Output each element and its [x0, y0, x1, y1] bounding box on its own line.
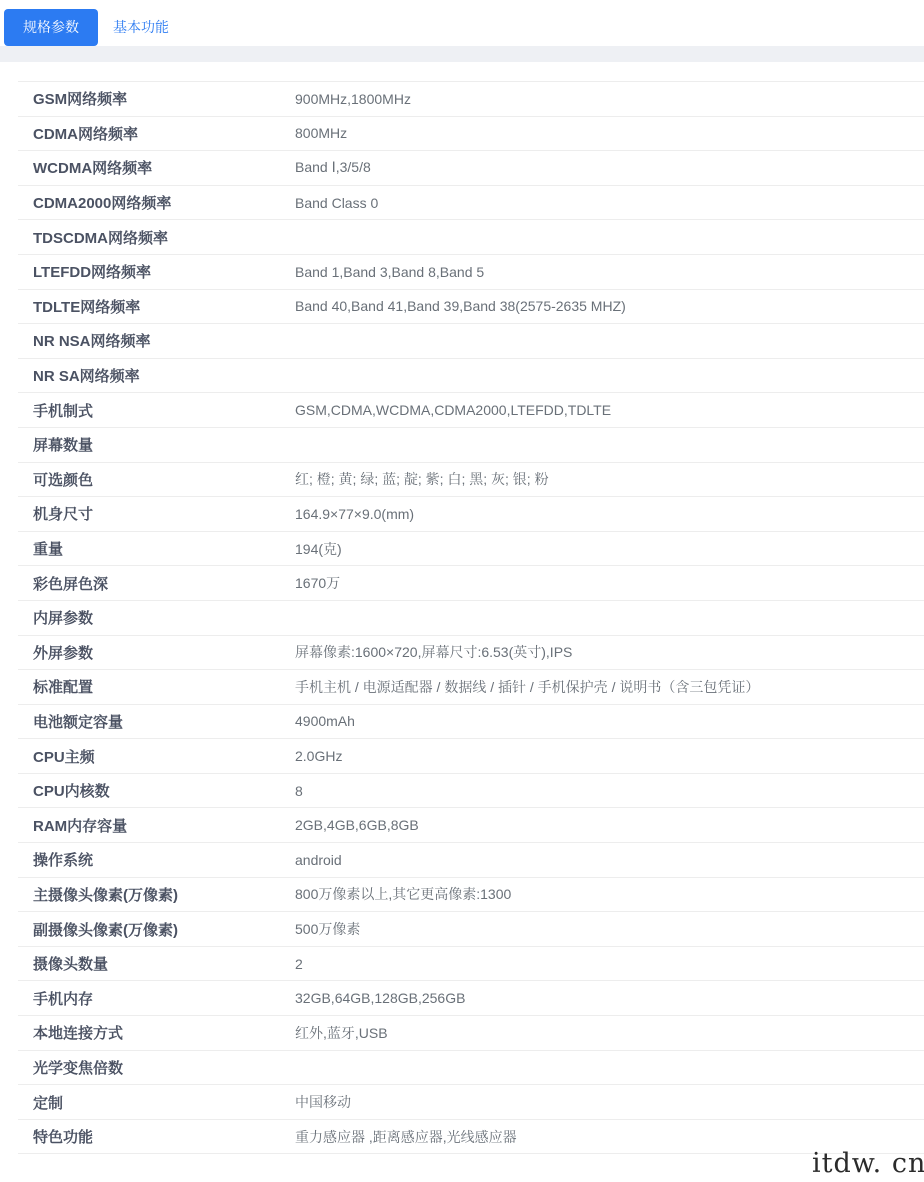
spec-label: TDSCDMA网络频率 [33, 227, 295, 248]
spec-row: GSM网络频率900MHz,1800MHz [18, 82, 924, 117]
spec-value: Band 1,Band 3,Band 8,Band 5 [295, 264, 924, 280]
spec-row: CDMA2000网络频率Band Class 0 [18, 186, 924, 221]
spec-row: CDMA网络频率800MHz [18, 117, 924, 152]
spec-label: 彩色屏色深 [33, 573, 295, 594]
spec-value: 194(克) [295, 539, 924, 559]
spec-row: NR NSA网络频率 [18, 324, 924, 359]
spec-value: 800万像素以上,其它更高像素:1300 [295, 884, 924, 904]
spec-label: 副摄像头像素(万像素) [33, 919, 295, 940]
spec-value: GSM,CDMA,WCDMA,CDMA2000,LTEFDD,TDLTE [295, 402, 924, 418]
tab-spec-params[interactable]: 规格参数 [4, 9, 98, 46]
spec-row: TDSCDMA网络频率 [18, 220, 924, 255]
spec-row: 可选颜色红; 橙; 黄; 绿; 蓝; 靛; 紫; 白; 黑; 灰; 银; 粉 [18, 463, 924, 498]
spec-label: 手机制式 [33, 400, 295, 421]
spec-label: TDLTE网络频率 [33, 296, 295, 317]
spec-label: 重量 [33, 538, 295, 559]
spec-row: 本地连接方式红外,蓝牙,USB [18, 1016, 924, 1051]
spec-row: 机身尺寸164.9×77×9.0(mm) [18, 497, 924, 532]
spec-label: 标准配置 [33, 676, 295, 697]
spec-label: 外屏参数 [33, 642, 295, 663]
spec-label: 机身尺寸 [33, 503, 295, 524]
spec-label: WCDMA网络频率 [33, 157, 295, 178]
tab-basic-functions[interactable]: 基本功能 [98, 9, 184, 46]
spec-row: 外屏参数屏幕像素:1600×720,屏幕尺寸:6.53(英寸),IPS [18, 636, 924, 671]
spec-label: 特色功能 [33, 1126, 295, 1147]
spec-row: 操作系统android [18, 843, 924, 878]
spec-label: NR NSA网络频率 [33, 330, 295, 351]
spec-row: 重量194(克) [18, 532, 924, 567]
spec-value: 2GB,4GB,6GB,8GB [295, 817, 924, 833]
spec-row: 摄像头数量2 [18, 947, 924, 982]
spec-value: 2 [295, 956, 924, 972]
spec-value: 2.0GHz [295, 748, 924, 764]
spec-value: 8 [295, 783, 924, 799]
spec-value: 手机主机 / 电源适配器 / 数据线 / 插针 / 手机保护壳 / 说明书（含三… [295, 677, 924, 697]
header-divider-band [0, 46, 924, 62]
spec-row: TDLTE网络频率Band 40,Band 41,Band 39,Band 38… [18, 290, 924, 325]
spec-value: 中国移动 [295, 1092, 924, 1112]
spec-label: 屏幕数量 [33, 434, 295, 455]
spec-value: 红; 橙; 黄; 绿; 蓝; 靛; 紫; 白; 黑; 灰; 银; 粉 [295, 469, 924, 489]
spec-value: 32GB,64GB,128GB,256GB [295, 990, 924, 1006]
tab-bar: 规格参数 基本功能 [0, 0, 924, 46]
spec-label: GSM网络频率 [33, 88, 295, 109]
spec-label: 电池额定容量 [33, 711, 295, 732]
spec-row: 标准配置手机主机 / 电源适配器 / 数据线 / 插针 / 手机保护壳 / 说明… [18, 670, 924, 705]
spec-row: 手机内存32GB,64GB,128GB,256GB [18, 981, 924, 1016]
spec-row: 特色功能重力感应器 ,距离感应器,光线感应器 [18, 1120, 924, 1155]
spec-row: CPU主频2.0GHz [18, 739, 924, 774]
spec-value: 900MHz,1800MHz [295, 91, 924, 107]
spec-label: RAM内存容量 [33, 815, 295, 836]
spec-row: 定制中国移动 [18, 1085, 924, 1120]
spec-label: 摄像头数量 [33, 953, 295, 974]
spec-label: 手机内存 [33, 988, 295, 1009]
spec-value: 屏幕像素:1600×720,屏幕尺寸:6.53(英寸),IPS [295, 642, 924, 662]
spec-label: CDMA网络频率 [33, 123, 295, 144]
spec-row: NR SA网络频率 [18, 359, 924, 394]
spec-row: RAM内存容量2GB,4GB,6GB,8GB [18, 808, 924, 843]
spec-label: NR SA网络频率 [33, 365, 295, 386]
spec-list: GSM网络频率900MHz,1800MHzCDMA网络频率800MHzWCDMA… [18, 81, 924, 1154]
spec-value: android [295, 852, 924, 868]
spec-row: LTEFDD网络频率Band 1,Band 3,Band 8,Band 5 [18, 255, 924, 290]
spec-value: 红外,蓝牙,USB [295, 1023, 924, 1043]
spec-value: 800MHz [295, 125, 924, 141]
spec-label: CPU内核数 [33, 780, 295, 801]
spec-label: 光学变焦倍数 [33, 1057, 295, 1078]
spec-row: 手机制式GSM,CDMA,WCDMA,CDMA2000,LTEFDD,TDLTE [18, 393, 924, 428]
spec-row: 主摄像头像素(万像素)800万像素以上,其它更高像素:1300 [18, 878, 924, 913]
spec-value: 164.9×77×9.0(mm) [295, 506, 924, 522]
spec-value: Band Class 0 [295, 195, 924, 211]
spec-value: 4900mAh [295, 713, 924, 729]
spec-label: 主摄像头像素(万像素) [33, 884, 295, 905]
spec-row: 屏幕数量 [18, 428, 924, 463]
spec-row: 电池额定容量4900mAh [18, 705, 924, 740]
spec-value: Band Ⅰ,3/5/8 [295, 159, 924, 176]
spec-row: WCDMA网络频率Band Ⅰ,3/5/8 [18, 151, 924, 186]
spec-label: 操作系统 [33, 849, 295, 870]
spec-value: 1670万 [295, 573, 924, 593]
spec-value: Band 40,Band 41,Band 39,Band 38(2575-263… [295, 298, 924, 314]
spec-row: CPU内核数8 [18, 774, 924, 809]
spec-label: CDMA2000网络频率 [33, 192, 295, 213]
spec-label: 可选颜色 [33, 469, 295, 490]
spec-label: CPU主频 [33, 746, 295, 767]
watermark: itdw. cn [812, 1148, 924, 1179]
spec-value: 重力感应器 ,距离感应器,光线感应器 [295, 1127, 924, 1147]
spec-label: 定制 [33, 1092, 295, 1113]
spec-label: LTEFDD网络频率 [33, 261, 295, 282]
spec-row: 内屏参数 [18, 601, 924, 636]
spec-row: 光学变焦倍数 [18, 1051, 924, 1086]
spec-value: 500万像素 [295, 919, 924, 939]
spec-label: 本地连接方式 [33, 1022, 295, 1043]
spec-row: 副摄像头像素(万像素)500万像素 [18, 912, 924, 947]
spec-row: 彩色屏色深1670万 [18, 566, 924, 601]
spec-label: 内屏参数 [33, 607, 295, 628]
